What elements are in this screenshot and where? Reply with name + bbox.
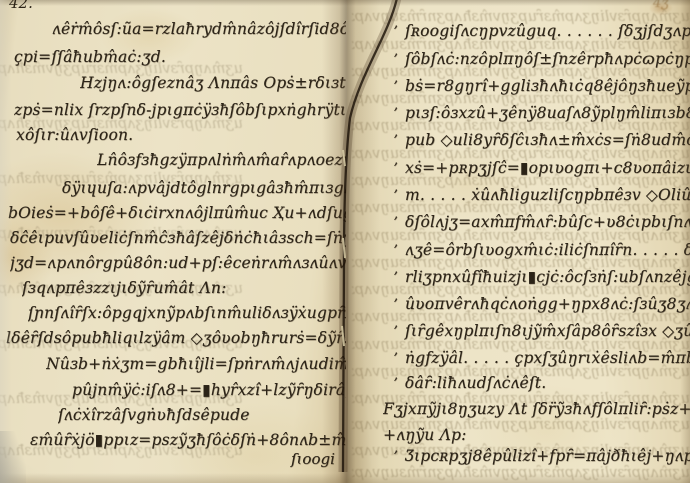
page-edge-right xyxy=(680,0,690,483)
page-edge-bottom xyxy=(0,473,690,483)
manuscript-photo: uʒm̂ʌŋpȓɜvliŋʒʌpm̂ɜȓupʒŋvm̂ɜħʌpʒnȓm̂ɜuŋv… xyxy=(0,0,690,483)
table-corner xyxy=(0,431,26,483)
page-edge-top xyxy=(0,0,690,6)
book-gutter xyxy=(0,0,690,483)
gutter-crease-soft xyxy=(343,0,397,472)
page-edge-left xyxy=(0,0,12,483)
